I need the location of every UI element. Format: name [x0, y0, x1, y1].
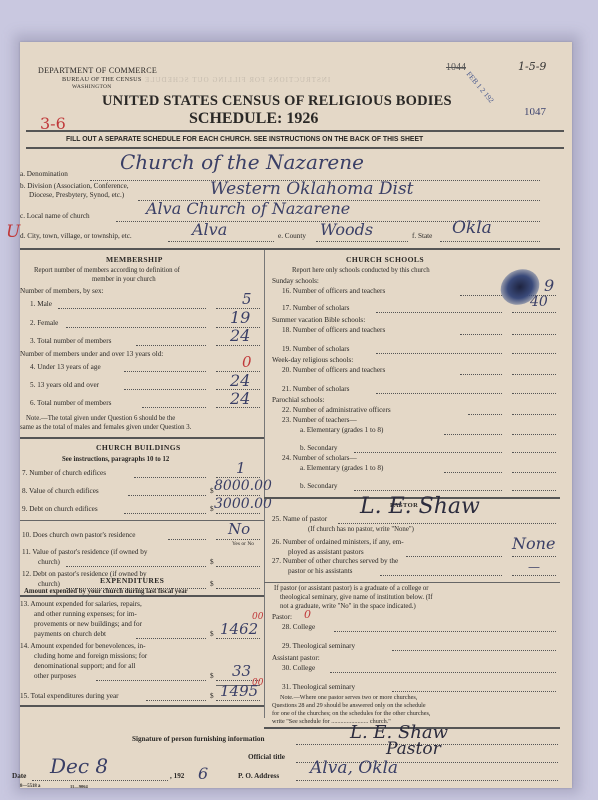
q14-leader	[96, 680, 206, 681]
q27-leader	[380, 575, 502, 576]
q14-line-1: 14. Amount expended for benevolences, in…	[20, 642, 146, 650]
edifices-label: 7. Number of church edifices	[22, 469, 106, 477]
male-value[interactable]: 5	[242, 290, 252, 308]
schools-intro: Report here only schools conducted by th…	[292, 267, 430, 274]
q23b-leader	[354, 452, 502, 453]
over-13-label: 5. 13 years old and over	[30, 381, 99, 389]
total-members-value[interactable]: 24	[230, 326, 250, 345]
residence-debt-field[interactable]	[216, 588, 260, 589]
stamp-crossed-number: 1044	[446, 62, 466, 73]
bleed-through-text: INSTRUCTIONS FOR FILLING OUT SCHEDULE	[144, 76, 330, 84]
official-title-value[interactable]: Pastor	[386, 739, 441, 759]
form-title: UNITED STATES CENSUS OF RELIGIOUS BODIES	[102, 93, 452, 110]
q18-leader	[460, 334, 502, 335]
under-13-value[interactable]: 0	[242, 353, 252, 371]
schedule-title: SCHEDULE: 1926	[189, 110, 318, 128]
q28-label: 28. College	[282, 623, 315, 631]
q23-label: 23. Number of teachers—	[282, 416, 357, 424]
debt-edifices-field	[216, 513, 260, 514]
expenditures-heading: EXPENDITURES	[100, 576, 164, 585]
membership-intro: Report number of members according to de…	[34, 267, 180, 274]
pastor-note-1: Note.—Where one pastor serves two or mor…	[280, 694, 417, 701]
female-value[interactable]: 19	[230, 308, 250, 327]
bureau-name: BUREAU OF THE CENSUS	[62, 76, 142, 83]
q25-hint: (If church has no pastor, write "None")	[308, 526, 414, 533]
divider	[20, 248, 560, 250]
residence-value-leader	[66, 566, 206, 567]
q24a-leader	[444, 472, 502, 473]
q13-line-2: and other running expenses; for im-	[34, 610, 137, 618]
q23a-leader	[444, 434, 502, 435]
female-label: 2. Female	[30, 319, 58, 327]
q30-field[interactable]	[330, 672, 556, 673]
q14-line-3: denominational support; and for all	[34, 662, 135, 670]
q25-field	[338, 523, 556, 524]
q24-label: 24. Number of scholars—	[282, 454, 357, 462]
q20-label: 20. Number of officers and teachers	[282, 366, 385, 374]
total-age-leader	[142, 407, 206, 408]
value-edifices-label: 8. Value of church edifices	[22, 487, 99, 495]
q15-cents: 00	[252, 678, 263, 688]
edifices-value[interactable]: 1	[236, 459, 246, 477]
graduate-note-3: not a graduate, write "No" in the space …	[280, 603, 416, 610]
sunday-schools-label: Sunday schools:	[272, 277, 319, 285]
currency-symbol: $	[210, 558, 214, 566]
currency-symbol: $	[210, 692, 214, 700]
q22-leader	[468, 414, 502, 415]
q23b-label: b. Secondary	[300, 444, 338, 452]
local-name-label: c. Local name of church	[20, 212, 90, 220]
membership-note: Note.—The total given under Question 6 s…	[26, 415, 175, 422]
total-age-label: 6. Total number of members	[30, 399, 111, 407]
q15-leader	[146, 700, 206, 701]
q21-field[interactable]	[512, 393, 556, 394]
q13-field	[216, 638, 260, 639]
q23b-field[interactable]	[512, 452, 556, 453]
received-date-stamp: FEB 1 2 192	[465, 70, 496, 105]
divider	[26, 130, 564, 132]
male-leader	[58, 308, 206, 309]
buildings-intro: See instructions, paragraphs 10 to 12	[62, 456, 169, 463]
q17-field	[512, 312, 556, 313]
currency-symbol: $	[210, 672, 214, 680]
city-value[interactable]: Alva	[192, 220, 227, 239]
division-label: b. Division (Association, Conference,	[20, 182, 129, 190]
pastor-education-label: Pastor:	[272, 613, 292, 621]
q20-leader	[460, 374, 502, 375]
residence-value-field[interactable]	[216, 566, 260, 567]
county-value[interactable]: Woods	[320, 220, 373, 239]
residence-value-label-2: church)	[38, 558, 60, 566]
by-sex-label: Number of members, by sex:	[20, 287, 104, 295]
instruction-line: FILL OUT A SEPARATE SCHEDULE FOR EACH CH…	[66, 134, 423, 143]
q14-line-4: other purposes	[34, 672, 76, 680]
official-title-label: Official title	[248, 753, 285, 761]
year-suffix[interactable]: 6	[198, 764, 208, 783]
owns-residence-label: 10. Does church own pastor's residence	[22, 531, 135, 539]
pastor-name-value[interactable]: L. E. Shaw	[360, 494, 480, 519]
summer-schools-label: Summer vacation Bible schools:	[272, 316, 365, 324]
q22-field[interactable]	[512, 414, 556, 415]
signature-label: Signature of person furnishing informati…	[132, 735, 264, 743]
q27-field	[512, 575, 556, 576]
q14-line-2: cluding home and foreign missions; for	[34, 652, 147, 660]
q29-label: 29. Theological seminary	[282, 642, 355, 650]
divider	[20, 437, 264, 439]
schools-heading: CHURCH SCHOOLS	[346, 255, 424, 264]
q16-value[interactable]: 9	[544, 276, 554, 295]
buildings-heading: CHURCH BUILDINGS	[96, 443, 181, 452]
q13-line-4: payments on church debt	[34, 630, 106, 638]
q15-field	[216, 700, 260, 701]
total-leader	[136, 345, 206, 346]
owns-residence-leader	[168, 539, 206, 540]
membership-note-2: same as the total of males and females g…	[20, 424, 191, 431]
department-name: DEPARTMENT OF COMMERCE	[38, 66, 157, 75]
print-code: 11—9064	[70, 784, 88, 789]
denomination-label: a. Denomination	[20, 170, 68, 178]
bureau-city: WASHINGTON	[72, 84, 112, 90]
currency-symbol: $	[210, 630, 214, 638]
q23a-label: a. Elementary (grades 1 to 8)	[300, 426, 383, 434]
female-leader	[66, 327, 206, 328]
male-label: 1. Male	[30, 300, 52, 308]
q17-value[interactable]: 40	[530, 294, 548, 310]
q24b-field[interactable]	[512, 490, 556, 491]
weekday-schools-label: Week-day religious schools:	[272, 356, 353, 364]
pastor-note-2: Questions 28 and 29 should be answered o…	[272, 702, 426, 709]
city-line	[168, 241, 274, 242]
q14-value[interactable]: 33	[232, 662, 251, 680]
city-label: d. City, town, village, or township, etc…	[20, 232, 132, 240]
over-13-value[interactable]: 24	[230, 371, 250, 390]
margin-mark: U	[6, 222, 20, 242]
yes-no-hint: Yes or No	[232, 541, 254, 547]
edifices-leader	[134, 477, 206, 478]
owns-residence-field	[216, 539, 260, 540]
divider	[26, 147, 564, 149]
divider	[20, 595, 264, 597]
residence-value-label: 11. Value of pastor's residence (if owne…	[22, 548, 147, 556]
q23a-field[interactable]	[512, 434, 556, 435]
po-address-label: P. O. Address	[238, 772, 279, 780]
q24a-field[interactable]	[512, 472, 556, 473]
residence-debt-label-2: church)	[38, 580, 60, 588]
state-line	[440, 241, 540, 242]
q16-label: 16. Number of officers and teachers	[282, 287, 385, 295]
q18-label: 18. Number of officers and teachers	[282, 326, 385, 334]
debt-edifices-label: 9. Debt on church edifices	[22, 505, 98, 513]
q17-leader	[376, 312, 502, 313]
total-age-value[interactable]: 24	[230, 389, 250, 408]
handwritten-reference: 1-5-9	[518, 60, 546, 73]
q26-label: 26. Number of ordained ministers, if any…	[272, 538, 404, 546]
graduate-note-2: theological seminary, give name of insti…	[280, 594, 433, 601]
date-value[interactable]: Dec 8	[50, 754, 108, 778]
total-members-label: 3. Total number of members	[30, 337, 111, 345]
year-prefix: , 192	[170, 772, 184, 780]
q24a-label: a. Elementary (grades 1 to 8)	[300, 464, 383, 472]
under-13-label: 4. Under 13 years of age	[30, 363, 101, 371]
date-label: Date	[12, 772, 26, 780]
membership-heading: MEMBERSHIP	[106, 255, 163, 264]
q18-field[interactable]	[512, 334, 556, 335]
division-value[interactable]: Western Oklahoma Dist	[210, 179, 414, 199]
assistant-pastor-label: Assistant pastor:	[272, 654, 320, 662]
debt-edifices-leader	[124, 513, 206, 514]
denomination-value[interactable]: Church of the Nazarene	[120, 150, 364, 174]
local-name-value[interactable]: Alva Church of Nazarene	[146, 199, 350, 218]
membership-intro-2: member in your church	[92, 276, 156, 283]
division-label-2: Diocese, Presbytery, Synod, etc.)	[29, 191, 124, 199]
q31-field[interactable]	[392, 691, 556, 692]
q21-leader	[376, 393, 502, 394]
date-line	[32, 780, 168, 781]
divider	[20, 705, 264, 707]
by-age-label: Number of members under and over 13 year…	[20, 350, 163, 358]
total-field	[216, 345, 260, 346]
stamp-number: 1047	[524, 106, 546, 118]
owns-residence-value[interactable]: No	[228, 520, 250, 538]
over-13-leader	[124, 389, 206, 390]
q19-field[interactable]	[512, 353, 556, 354]
q26-field	[512, 556, 556, 557]
q19-label: 19. Number of scholars	[282, 345, 349, 353]
under-13-leader	[124, 371, 206, 372]
county-line	[316, 241, 408, 242]
q27-value[interactable]: —	[528, 560, 540, 574]
state-label: f. State	[412, 232, 432, 240]
q26-label-2: ployed as assistant pastors	[288, 548, 364, 556]
value-edifices-leader	[128, 495, 206, 496]
state-value[interactable]: Okla	[452, 218, 492, 238]
q26-leader	[406, 556, 502, 557]
q26-value[interactable]: None	[512, 534, 555, 553]
q16-leader	[460, 295, 502, 296]
pastor-education-mark: 0	[304, 608, 311, 621]
q13-leader	[136, 638, 206, 639]
q25-label: 25. Name of pastor	[272, 515, 327, 523]
q21-label: 21. Number of scholars	[282, 385, 349, 393]
census-form-sheet: DEPARTMENT OF COMMERCE BUREAU OF THE CEN…	[20, 42, 572, 788]
q13-line-3: provements or new buildings; and for	[34, 620, 142, 628]
county-label: e. County	[278, 232, 306, 240]
q31-label: 31. Theological seminary	[282, 683, 355, 691]
q24b-label: b. Secondary	[300, 482, 338, 490]
expenditures-intro: Amount expended by your church during la…	[24, 588, 188, 595]
q15-label: 15. Total expenditures during year	[20, 692, 119, 700]
q20-field[interactable]	[512, 374, 556, 375]
q17-label: 17. Number of scholars	[282, 304, 349, 312]
q13-value[interactable]: 1462	[220, 620, 258, 638]
q27-label-2: pastor or his assistants	[288, 567, 352, 575]
q22-label: 22. Number of administrative officers	[282, 406, 391, 414]
pastor-note-3: for one of the churches; on the schedule…	[272, 710, 430, 717]
q13-line-1: 13. Amount expended for salaries, repair…	[20, 600, 142, 608]
value-edifices-value[interactable]: 8000.00	[214, 478, 272, 494]
graduate-note-1: If pastor (or assistant pastor) is a gra…	[274, 585, 429, 592]
po-address-value[interactable]: Alva, Okla	[310, 758, 398, 778]
q27-label: 27. Number of other churches served by t…	[272, 557, 398, 565]
po-address-line	[296, 780, 558, 781]
q24b-leader	[354, 490, 502, 491]
q13-cents: 00	[252, 612, 263, 622]
q19-leader	[376, 353, 502, 354]
parochial-schools-label: Parochial schools:	[272, 396, 325, 404]
q30-label: 30. College	[282, 664, 315, 672]
q28-field[interactable]	[334, 631, 556, 632]
form-code: 8—5518 a	[20, 784, 40, 789]
currency-symbol: $	[210, 580, 214, 588]
divider	[264, 582, 560, 583]
q29-field[interactable]	[392, 650, 556, 651]
